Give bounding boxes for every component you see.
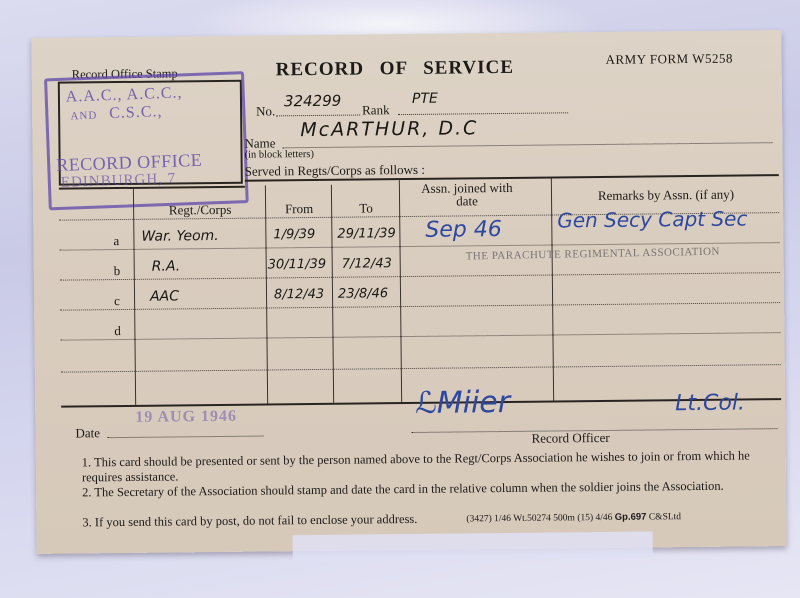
imprint-printer: C&SLtd: [649, 512, 681, 522]
service-number-value: 324299: [284, 92, 341, 111]
record-of-service-card: Record Office Stamp A.A.C., A.C.C., ANDC…: [31, 30, 786, 554]
row-c-from: 8/12/43: [274, 287, 324, 303]
row-label-a: a: [113, 233, 119, 249]
row-a-to: 29/11/39: [337, 226, 396, 242]
header-assn-joined: Assn. joined with date: [419, 181, 515, 208]
instruction-3: 3. If you send this card by post, do not…: [82, 511, 472, 530]
row-a-regt: War. Yeom.: [141, 228, 218, 245]
row-b-regt: R.A.: [152, 258, 181, 274]
header-from: From: [269, 201, 329, 218]
name-hint: (in block letters): [245, 149, 315, 161]
row-a-assn-joined: Sep 46: [425, 217, 502, 243]
army-form-number: ARMY FORM W5258: [605, 51, 733, 68]
date-stamp: 19 AUG 1946: [135, 408, 237, 427]
rank-label: Rank: [362, 102, 390, 118]
row-b-from: 30/11/39: [268, 257, 327, 273]
header-to: To: [335, 200, 397, 217]
record-officer-label: Record Officer: [531, 430, 609, 447]
form-title: RECORD OF SERVICE: [276, 57, 515, 81]
header-regt-corps: Regt./Corps: [137, 202, 263, 219]
date-label: Date: [75, 425, 100, 441]
printer-imprint: (3427) 1/46 Wt.50274 500m (15) 4/46 Gp.6…: [466, 511, 681, 524]
row-line-e: [61, 364, 781, 373]
row-b-to: 7/12/43: [342, 256, 392, 272]
row-line-d: [60, 332, 780, 341]
stamp-line-2: ANDC.S.C.,: [70, 103, 163, 124]
row-label-d: d: [114, 323, 121, 339]
number-label: No.: [256, 103, 275, 119]
row-label-b: b: [114, 263, 121, 279]
rank-value: PTE: [412, 91, 438, 107]
row-c-regt: AAC: [150, 288, 179, 304]
adhesive-tape-strip: [293, 531, 653, 561]
row-a-remarks: Gen Secy Capt Sec: [557, 206, 747, 232]
imprint-group: Gp.697: [615, 512, 647, 523]
header-remarks: Remarks by Assn. (if any): [555, 186, 777, 204]
row-label-c: c: [114, 293, 120, 309]
officer-suffix: Lt.Col.: [675, 390, 745, 416]
stamp-csc: C.S.C.,: [109, 103, 163, 122]
officer-signature: ℒMiier: [415, 385, 510, 421]
imprint-code: (3427) 1/46 Wt.50274 500m (15) 4/46: [466, 513, 612, 525]
association-stamp: THE PARACHUTE REGIMENTAL ASSOCIATION: [466, 246, 721, 263]
row-c-to: 23/8/46: [338, 286, 388, 302]
stamp-line-1: A.A.C., A.C.C.,: [65, 84, 182, 106]
row-a-from: 1/9/39: [273, 227, 315, 242]
stamp-and: AND: [70, 110, 97, 123]
served-label: Served in Regts/Corps as follows :: [245, 162, 425, 180]
name-value: McARTHUR, D.C: [300, 117, 478, 141]
